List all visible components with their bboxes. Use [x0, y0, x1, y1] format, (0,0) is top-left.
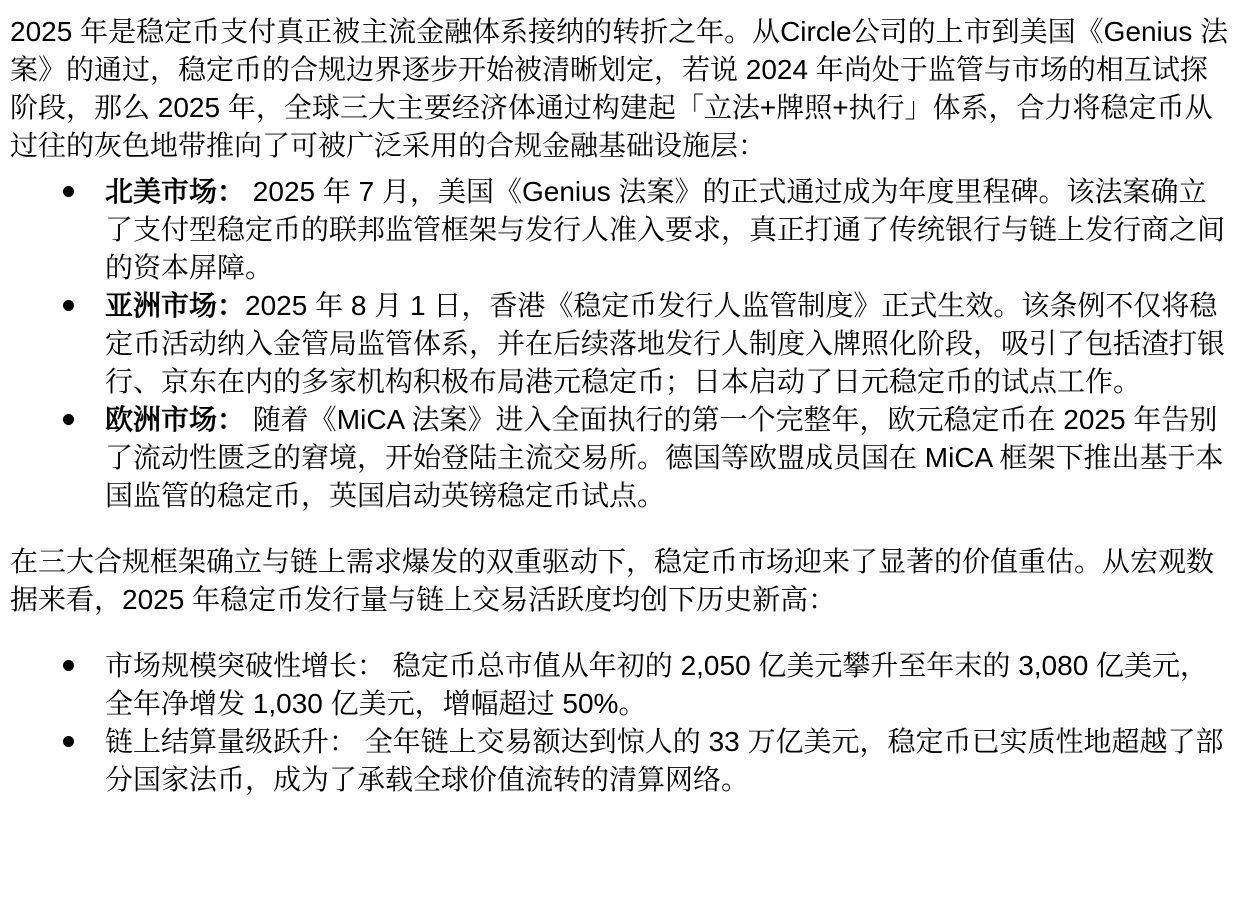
bullet-text: 2025 年 8 月 1 日，香港《稳定币发行人监管制度》正式生效。该条例不仅将… — [105, 290, 1225, 397]
market-data-bullet-list: 市场规模突破性增长： 稳定币总市值从年初的 2,050 亿美元攀升至年末的 3,… — [10, 647, 1232, 799]
bullet-lead: 北美市场： — [105, 176, 245, 207]
bullet-lead: 欧洲市场： — [105, 404, 245, 435]
bullet-north-america-market: 北美市场： 2025 年 7 月，美国《Genius 法案》的正式通过成为年度里… — [105, 173, 1232, 287]
bullet-market-cap-growth: 市场规模突破性增长： 稳定币总市值从年初的 2,050 亿美元攀升至年末的 3,… — [105, 647, 1232, 723]
market-revaluation-paragraph: 在三大合规框架确立与链上需求爆发的双重驱动下，稳定币市场迎来了显著的价值重估。从… — [10, 543, 1232, 619]
bullet-text: 随着《MiCA 法案》进入全面执行的第一个完整年，欧元稳定币在 2025 年告别… — [105, 404, 1223, 511]
bullet-asia-market: 亚洲市场：2025 年 8 月 1 日，香港《稳定币发行人监管制度》正式生效。该… — [105, 287, 1232, 401]
bullet-europe-market: 欧洲市场： 随着《MiCA 法案》进入全面执行的第一个完整年，欧元稳定币在 20… — [105, 401, 1232, 515]
document-page: 2025 年是稳定币支付真正被主流金融体系接纳的转折之年。从Circle公司的上… — [0, 0, 1242, 908]
bullet-lead: 链上结算量级跃升： — [105, 726, 357, 757]
bullet-text: 2025 年 7 月，美国《Genius 法案》的正式通过成为年度里程碑。该法案… — [105, 176, 1225, 283]
bullet-onchain-settlement: 链上结算量级跃升： 全年链上交易额达到惊人的 33 万亿美元，稳定币已实质性地超… — [105, 723, 1232, 799]
intro-paragraph: 2025 年是稳定币支付真正被主流金融体系接纳的转折之年。从Circle公司的上… — [10, 13, 1232, 165]
bullet-lead: 亚洲市场： — [105, 290, 245, 321]
bullet-lead: 市场规模突破性增长： — [105, 650, 385, 681]
regulation-bullet-list: 北美市场： 2025 年 7 月，美国《Genius 法案》的正式通过成为年度里… — [10, 173, 1232, 515]
